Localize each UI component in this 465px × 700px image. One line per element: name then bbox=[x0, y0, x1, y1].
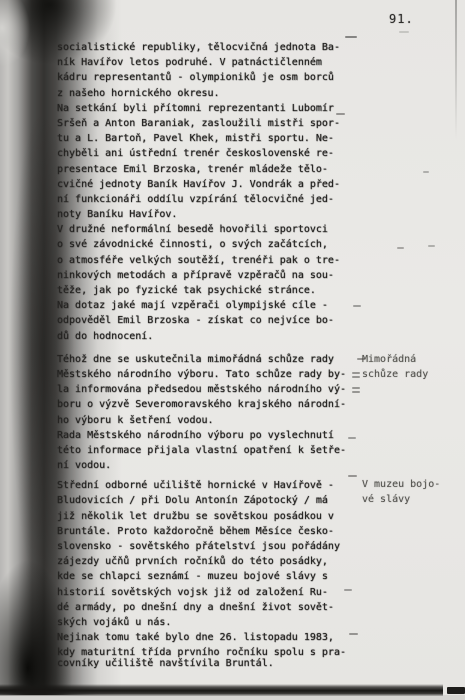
text-line: Sršeň a Anton Baraniak, zasloužili mistř… bbox=[57, 116, 367, 131]
text-line: cvičné jednoty Baník Havířov J. Vondrák … bbox=[57, 177, 367, 192]
text-line: V družné neformální besedě hovořili spor… bbox=[57, 222, 367, 237]
pencil-mark bbox=[348, 475, 357, 477]
margin-note-line: Mimořádná bbox=[362, 352, 428, 367]
page-bottom-edge-dash bbox=[447, 687, 465, 694]
text-line: těže, jak po fyzické tak psychické strán… bbox=[57, 283, 367, 298]
pencil-mark bbox=[397, 247, 404, 249]
pencil-mark bbox=[352, 387, 360, 389]
text-line: tu a L. Bartoň, Pavel Khek, mistři sport… bbox=[57, 131, 367, 146]
text-line: z našeho hornického okresu. bbox=[57, 86, 367, 101]
margin-note: V muzeu bojo-vé slávy bbox=[362, 477, 440, 507]
pencil-mark bbox=[344, 589, 352, 591]
text-line: odpověděl Emil Brzoska - získat co nejví… bbox=[57, 313, 367, 328]
text-line: la informována předsedou městského národ… bbox=[57, 382, 367, 397]
text-line: Bruntále. Proto každoročně během Měsíce … bbox=[57, 524, 367, 539]
text-line: o své závodnické činnosti, o svých začát… bbox=[57, 237, 367, 252]
pencil-mark bbox=[348, 437, 356, 439]
scan-edge-line bbox=[455, 0, 457, 140]
pencil-mark bbox=[345, 36, 357, 38]
text-line: Nejinak tomu také bylo dne 26. listopadu… bbox=[57, 630, 367, 645]
pencil-mark bbox=[352, 376, 360, 378]
text-line: zájezdy učňů prvních ročníků do této pos… bbox=[57, 554, 367, 569]
paragraph: Téhož dne se uskutečnila mimořádná schůz… bbox=[57, 352, 367, 428]
margin-note-line: schůze rady bbox=[362, 367, 428, 382]
page-bottom-edge bbox=[0, 684, 443, 696]
pencil-mark bbox=[336, 113, 345, 115]
text-line: ských vojáků u nás. bbox=[57, 615, 367, 630]
text-line: slovensko - sovětského přátelství jsou p… bbox=[57, 539, 367, 554]
pencil-mark bbox=[399, 31, 409, 33]
pencil-mark bbox=[349, 633, 358, 635]
text-line: Střední odborné učiliště hornické v Haví… bbox=[57, 478, 367, 493]
margin-note-line: vé slávy bbox=[362, 492, 440, 507]
scanned-page: 91. socialistické republiky, tělocvičná … bbox=[0, 0, 465, 700]
text-line: o atmosféře velkých soutěží, trenéři pak… bbox=[57, 253, 367, 268]
margin-note: Mimořádnáschůze rady bbox=[362, 352, 428, 382]
text-line: kde se chlapci seznámí - muzeu bojové sl… bbox=[57, 569, 367, 584]
pencil-mark bbox=[423, 171, 429, 173]
text-line: dé armády, po dnešní dny a dnešní život … bbox=[57, 600, 367, 615]
text-line: Na dotaz jaké mají vzpěrači olympijské c… bbox=[57, 298, 367, 313]
text-line: této informace přijala vlastní opatření … bbox=[57, 443, 367, 458]
text-line: presentace Emil Brzoska, trenér mládeže … bbox=[57, 162, 367, 177]
pencil-mark bbox=[353, 305, 361, 307]
paragraph: Střední odborné učiliště hornické v Haví… bbox=[57, 478, 367, 670]
margin-note-line: V muzeu bojo- bbox=[362, 477, 440, 492]
text-line: chyběli ani ústřední trenér českoslovens… bbox=[57, 146, 367, 161]
text-line: dů do hodnocení. bbox=[57, 329, 367, 344]
pencil-mark bbox=[428, 245, 435, 247]
text-line: boru o výzvě Severomoravského krajského … bbox=[57, 397, 367, 412]
text-line: již několik let družbu se sovětskou posá… bbox=[57, 509, 367, 524]
text-line: ní funkcionáři oddílu vzpírání tělocvičn… bbox=[57, 192, 367, 207]
text-line: kádru representantů - olympioniků je osm… bbox=[57, 70, 367, 85]
pencil-mark bbox=[357, 358, 365, 360]
text-line: ho výboru k šetření vodou. bbox=[57, 413, 367, 428]
text-line: ní vodou. bbox=[57, 458, 367, 473]
text-line: Bludovicích / při Dolu Antonín Zápotocký… bbox=[57, 493, 367, 508]
pencil-mark bbox=[352, 391, 360, 393]
text-line: ninkových metodách a přípravě vzpěračů n… bbox=[57, 268, 367, 283]
page-number: 91. bbox=[389, 12, 414, 26]
text-line: historií sovětských vojsk již od založen… bbox=[57, 585, 367, 600]
text-line: Téhož dne se uskutečnila mimořádná schůz… bbox=[57, 352, 367, 367]
text-line: ník Havířov letos podruhé. V patnáctičle… bbox=[57, 55, 367, 70]
text-line: Městského národního výboru. Tato schůze … bbox=[57, 367, 367, 382]
text-line: Rada Městského národního výboru po vysle… bbox=[57, 428, 367, 443]
paragraph: Rada Městského národního výboru po vysle… bbox=[57, 428, 367, 474]
typewritten-text: socialistické republiky, tělocvičná jedn… bbox=[57, 40, 367, 671]
pencil-mark bbox=[352, 372, 360, 374]
text-line: noty Baníku Havířov. bbox=[57, 207, 367, 222]
paragraph: socialistické republiky, tělocvičná jedn… bbox=[57, 40, 367, 344]
text-line: socialistické republiky, tělocvičná jedn… bbox=[57, 40, 367, 55]
text-line: Na setkání byli přítomni reprezentanti L… bbox=[57, 101, 367, 116]
